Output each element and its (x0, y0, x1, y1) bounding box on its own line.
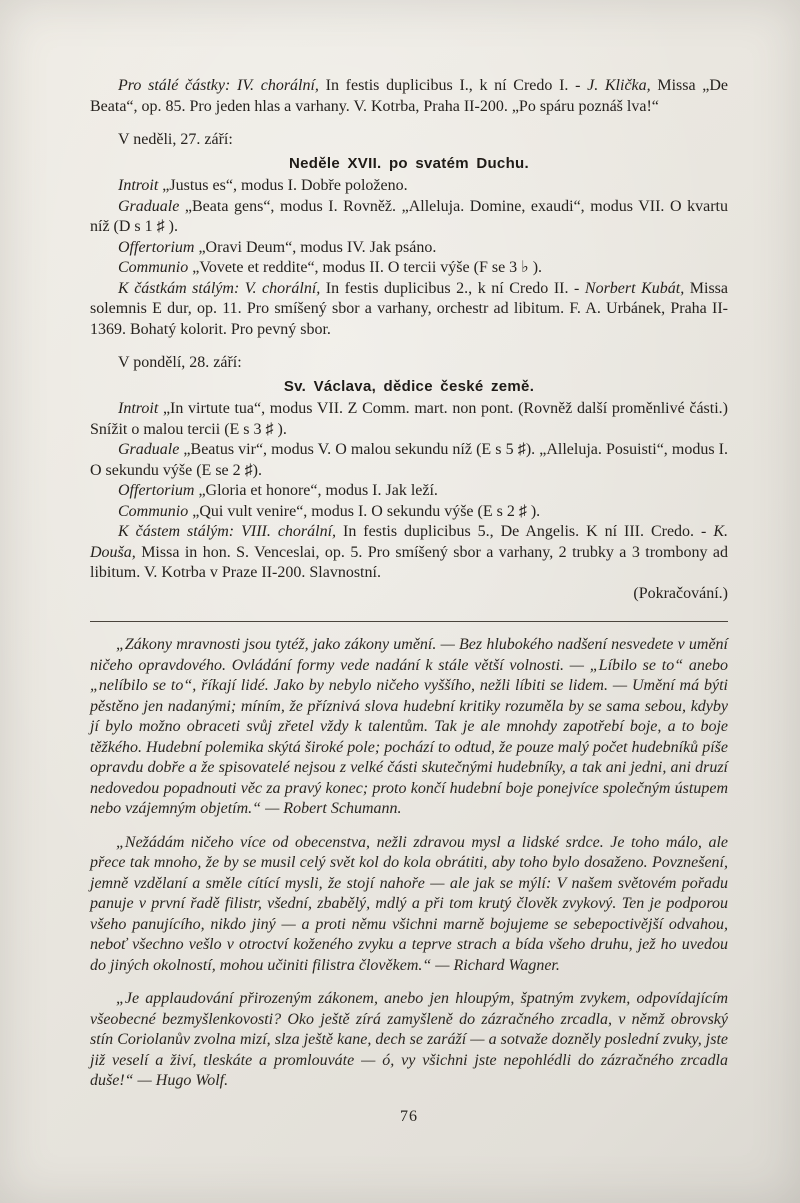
monday-paragraph-stale-casti: K částem stálým: VIII. chorální, In fest… (90, 522, 728, 584)
quote-schumann: „Zákony mravnosti jsou tytéž, jako zákon… (90, 635, 728, 820)
sunday-paragraph-stale-castky: K částkám stálým: V. chorální, In festis… (90, 279, 728, 341)
continuation-note: (Pokračování.) (90, 584, 728, 605)
monday-date-line: V pondělí, 28. září: (90, 353, 728, 374)
quote-wagner: „Nežádám ničeho více od obecenstva, nežl… (90, 833, 728, 977)
monday-paragraph-introit: Introit „In virtute tua“, modus VII. Z C… (90, 399, 728, 440)
monday-heading: Sv. Václava, dědice české země. (90, 377, 728, 398)
section-divider (90, 621, 728, 622)
monday-paragraph-graduale: Graduale „Beatus vir“, modus V. O malou … (90, 440, 728, 481)
sunday-paragraph-graduale: Graduale „Beata gens“, modus I. Rovněž. … (90, 197, 728, 238)
scanned-page: Pro stálé částky: IV. chorální, In festi… (0, 0, 800, 1203)
monday-paragraph-offertorium: Offertorium „Gloria et honore“, modus I.… (90, 481, 728, 502)
intro-paragraph: Pro stálé částky: IV. chorální, In festi… (90, 76, 728, 117)
sunday-paragraph-communio: Communio „Vovete et reddite“, modus II. … (90, 258, 728, 279)
sunday-paragraph-introit: Introit „Justus es“, modus I. Dobře polo… (90, 176, 728, 197)
sunday-heading: Neděle XVII. po svatém Duchu. (90, 154, 728, 175)
monday-paragraph-communio: Communio „Qui vult venire“, modus I. O s… (90, 502, 728, 523)
page-number: 76 (90, 1107, 728, 1128)
quote-wolf: „Je applaudování přirozeným zákonem, ane… (90, 989, 728, 1092)
sunday-paragraph-offertorium: Offertorium „Oravi Deum“, modus IV. Jak … (90, 238, 728, 259)
sunday-date-line: V neděli, 27. září: (90, 130, 728, 151)
